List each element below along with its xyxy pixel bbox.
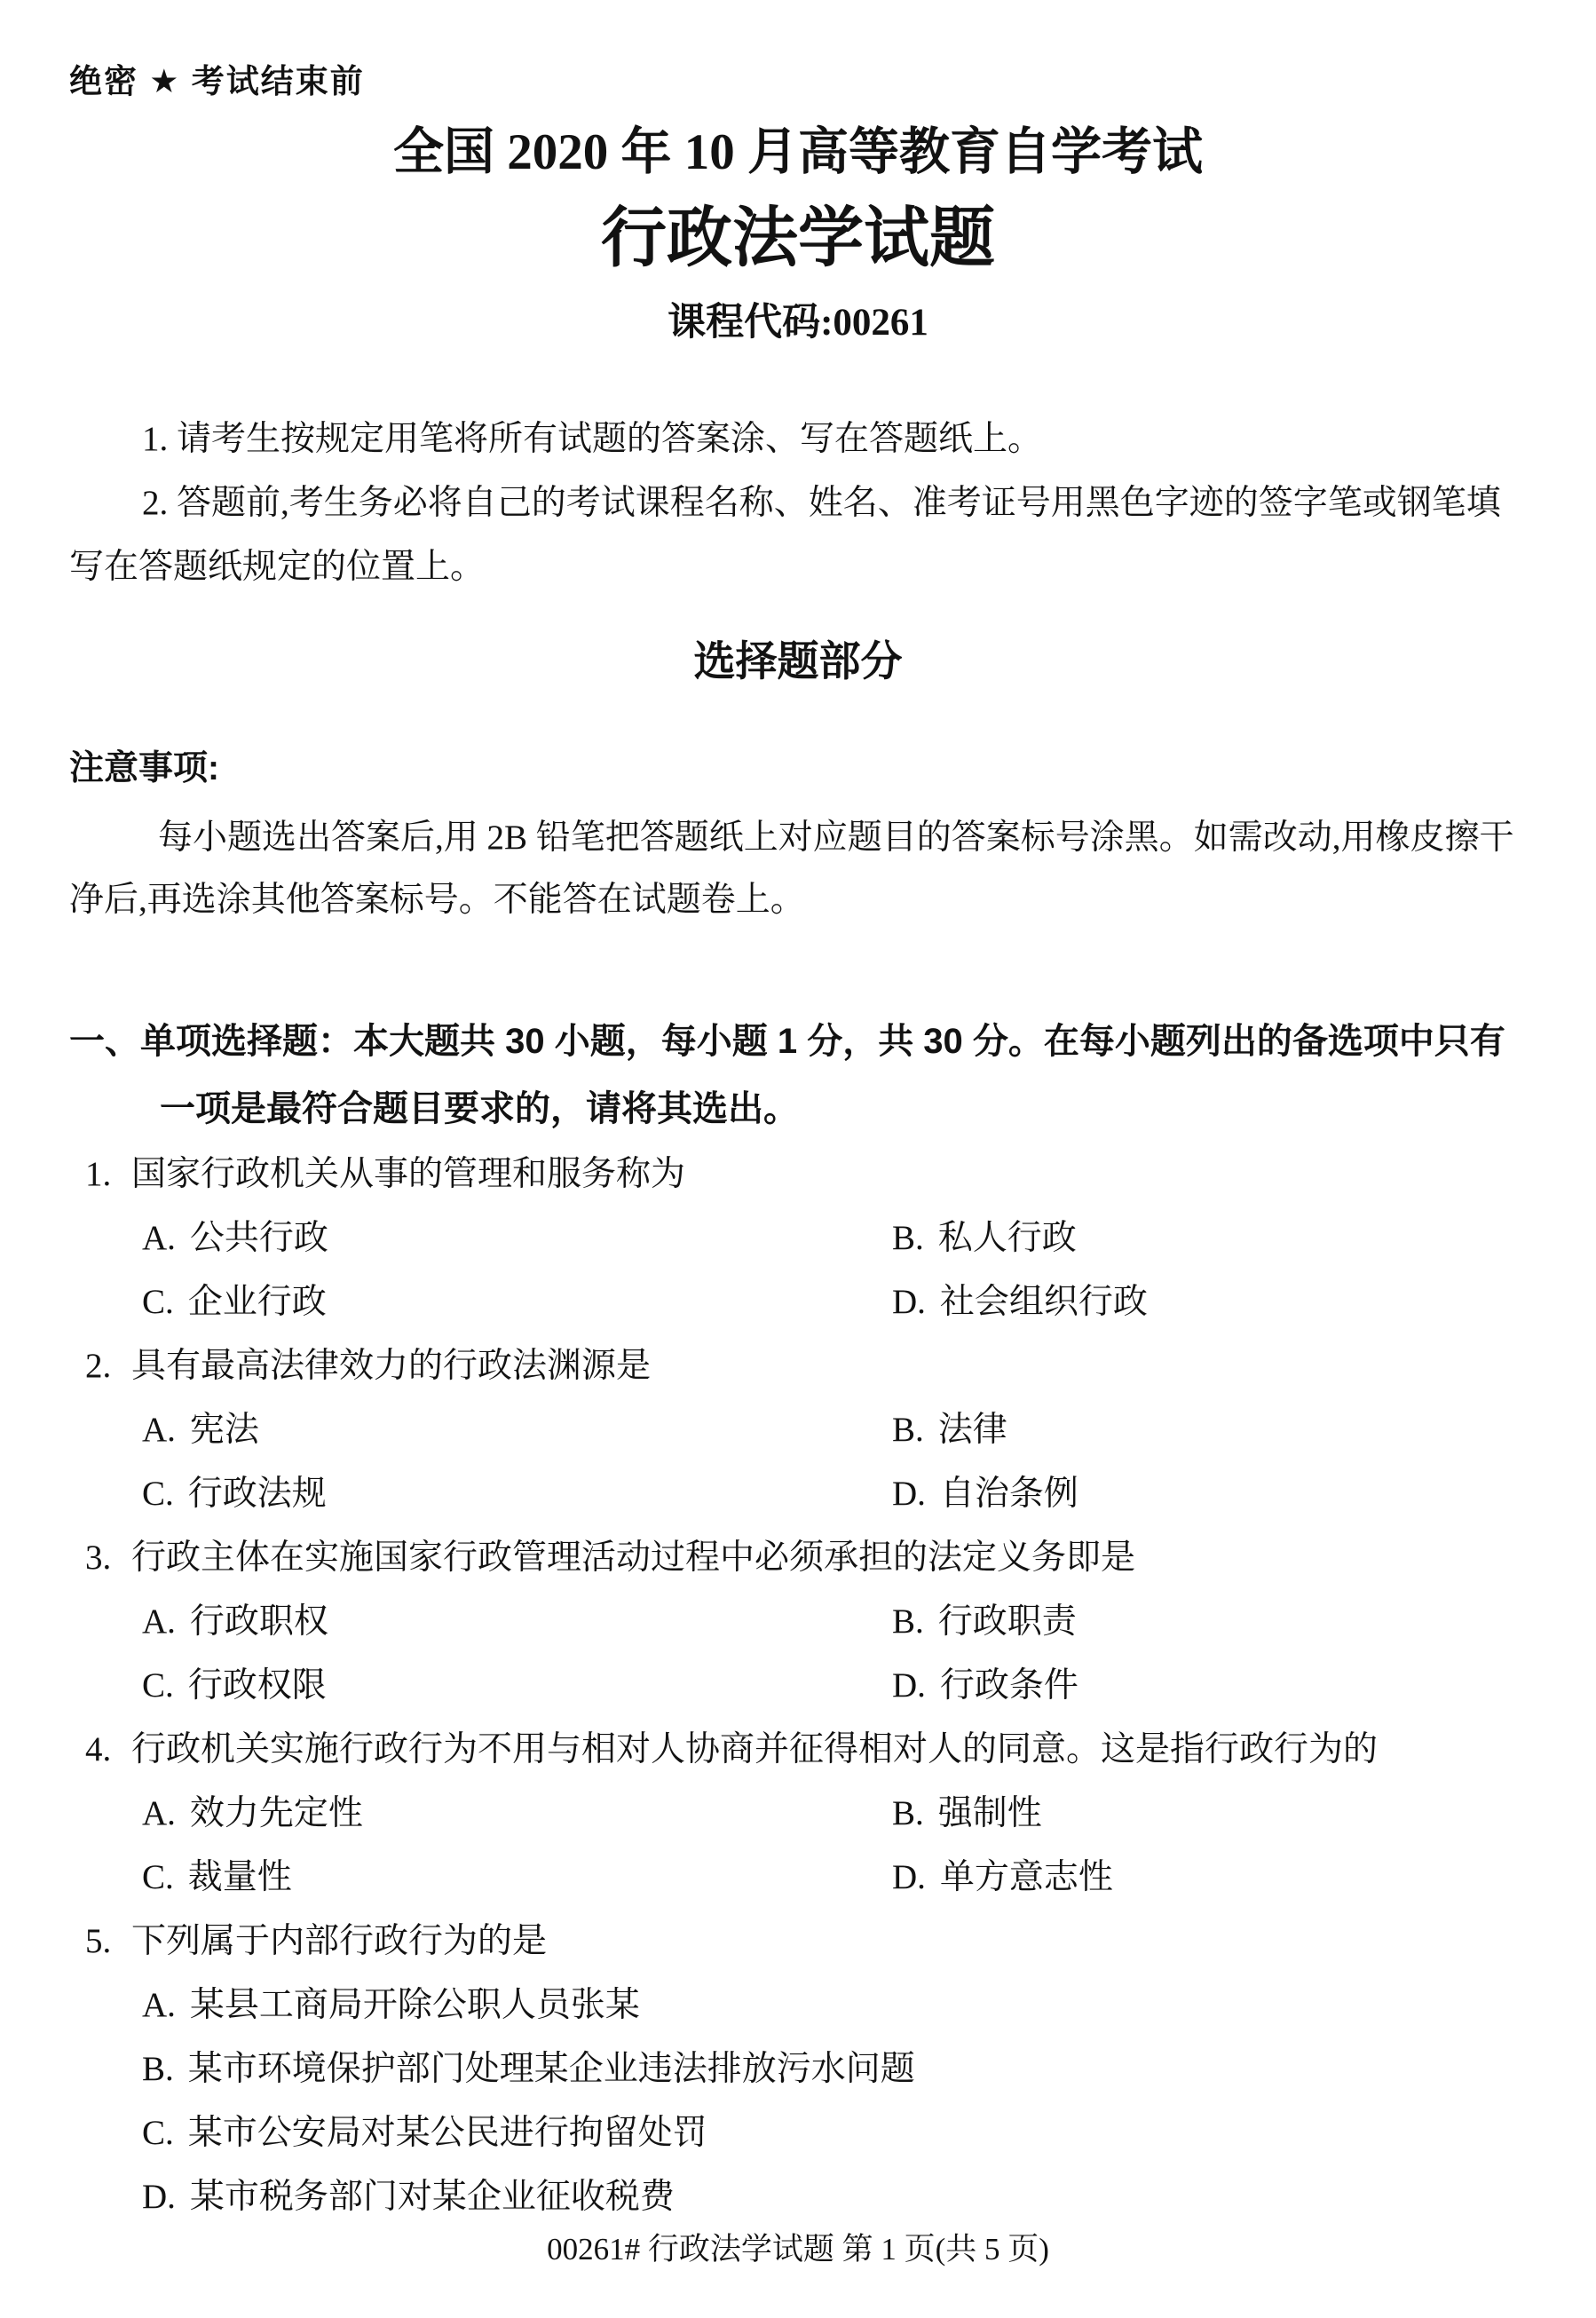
option-label: D. bbox=[892, 1666, 926, 1705]
question-body: 行政主体在实施国家行政管理活动过程中必须承担的法定义务即是 bbox=[131, 1539, 1135, 1577]
option-text: 某市公安局对某公民进行拘留处罚 bbox=[188, 2114, 707, 2152]
question-list: 1.国家行政机关从事的管理和服务称为 A.公共行政 B.私人行政 C.企业行政 … bbox=[69, 1143, 1527, 2229]
option-label: B. bbox=[892, 1602, 924, 1641]
question-text: 3.行政主体在实施国家行政管理活动过程中必须承担的法定义务即是 bbox=[69, 1526, 1527, 1590]
option-row: A.某县工商局开除公职人员张某 bbox=[69, 1974, 1527, 2037]
instruction-item-2: 2. 答题前,考生务必将自己的考试课程名称、姓名、准考证号用黑色字迹的签字笔或钢… bbox=[69, 471, 1527, 599]
question-5: 5.下列属于内部行政行为的是 A.某县工商局开除公职人员张某 B.某市环境保护部… bbox=[69, 1910, 1527, 2229]
option-text: 裁量性 bbox=[188, 1858, 292, 1896]
part-one-heading: 一、单项选择题：本大题共 30 小题，每小题 1 分，共 30 分。在每小题列出… bbox=[69, 1008, 1527, 1143]
option-label: A. bbox=[142, 1411, 176, 1449]
option-row: C.企业行政 D.社会组织行政 bbox=[69, 1270, 1527, 1334]
option-text: 行政职权 bbox=[190, 1602, 328, 1641]
option-a: A.效力先定性 bbox=[142, 1782, 892, 1846]
option-row: A.效力先定性 B.强制性 bbox=[69, 1782, 1527, 1846]
option-d: D.行政条件 bbox=[892, 1654, 1527, 1718]
option-a: A.宪法 bbox=[142, 1398, 892, 1462]
option-row: C.行政权限 D.行政条件 bbox=[69, 1654, 1527, 1718]
option-row: A.宪法 B.法律 bbox=[69, 1398, 1527, 1462]
option-b: B.私人行政 bbox=[892, 1206, 1527, 1270]
question-number: 3. bbox=[85, 1526, 124, 1590]
option-row: C.某市公安局对某公民进行拘留处罚 bbox=[69, 2101, 1527, 2165]
option-text: 某市税务部门对某企业征收税费 bbox=[190, 2178, 675, 2216]
option-label: A. bbox=[142, 1602, 176, 1641]
option-row: A.公共行政 B.私人行政 bbox=[69, 1206, 1527, 1270]
option-text: 单方意志性 bbox=[940, 1858, 1113, 1896]
option-row: A.行政职权 B.行政职责 bbox=[69, 1590, 1527, 1654]
question-number: 5. bbox=[85, 1910, 124, 1974]
option-text: 强制性 bbox=[938, 1794, 1042, 1832]
general-instructions: 1. 请考生按规定用笔将所有试题的答案涂、写在答题纸上。 2. 答题前,考生务必… bbox=[69, 407, 1527, 599]
option-d: D.社会组织行政 bbox=[892, 1270, 1527, 1334]
question-number: 1. bbox=[85, 1143, 124, 1206]
option-row: D.某市税务部门对某企业征收税费 bbox=[69, 2165, 1527, 2229]
option-text: 行政法规 bbox=[188, 1475, 327, 1513]
option-text: 行政职责 bbox=[938, 1602, 1077, 1641]
exam-title: 全国 2020 年 10 月高等教育自学考试 bbox=[69, 123, 1527, 183]
question-text: 1.国家行政机关从事的管理和服务称为 bbox=[69, 1143, 1527, 1206]
question-2: 2.具有最高法律效力的行政法渊源是 A.宪法 B.法律 C.行政法规 D.自治条… bbox=[69, 1334, 1527, 1526]
option-text: 公共行政 bbox=[190, 1219, 328, 1257]
option-label: D. bbox=[892, 1283, 926, 1321]
option-label: A. bbox=[142, 1219, 176, 1257]
option-label: C. bbox=[142, 1283, 174, 1321]
question-number: 4. bbox=[85, 1718, 124, 1782]
option-text: 某市环境保护部门处理某企业违法排放污水问题 bbox=[188, 2050, 915, 2088]
option-a: A.行政职权 bbox=[142, 1590, 892, 1654]
option-row: C.裁量性 D.单方意志性 bbox=[69, 1846, 1527, 1910]
option-label: A. bbox=[142, 1794, 176, 1832]
question-text: 2.具有最高法律效力的行政法渊源是 bbox=[69, 1334, 1527, 1398]
question-text: 5.下列属于内部行政行为的是 bbox=[69, 1910, 1527, 1974]
option-text: 企业行政 bbox=[188, 1283, 327, 1321]
question-4: 4.行政机关实施行政行为不用与相对人协商并征得相对人的同意。这是指行政行为的 A… bbox=[69, 1718, 1527, 1910]
classification-banner: 绝密 ★ 考试结束前 bbox=[69, 62, 1527, 101]
option-label: D. bbox=[892, 1858, 926, 1896]
option-text: 法律 bbox=[938, 1411, 1007, 1449]
option-c: C.行政法规 bbox=[142, 1462, 892, 1526]
option-c: C.裁量性 bbox=[142, 1846, 892, 1910]
notice-body: 每小题选出答案后,用 2B 铅笔把答题纸上对应题目的答案标号涂黑。如需改动,用橡… bbox=[69, 807, 1527, 931]
option-text: 行政权限 bbox=[188, 1666, 327, 1705]
instruction-item-1: 1. 请考生按规定用笔将所有试题的答案涂、写在答题纸上。 bbox=[69, 407, 1527, 471]
option-text: 效力先定性 bbox=[190, 1794, 363, 1832]
option-label: C. bbox=[142, 1666, 174, 1705]
option-text: 自治条例 bbox=[940, 1475, 1078, 1513]
option-label: A. bbox=[142, 1986, 176, 2024]
option-label: B. bbox=[892, 1794, 924, 1832]
option-c: C.某市公安局对某公民进行拘留处罚 bbox=[142, 2101, 707, 2165]
question-text: 4.行政机关实施行政行为不用与相对人协商并征得相对人的同意。这是指行政行为的 bbox=[69, 1718, 1527, 1782]
option-text: 行政条件 bbox=[940, 1666, 1078, 1705]
option-b: B.行政职责 bbox=[892, 1590, 1527, 1654]
course-code: 课程代码:00261 bbox=[69, 300, 1527, 346]
option-text: 社会组织行政 bbox=[940, 1283, 1148, 1321]
option-label: B. bbox=[892, 1219, 924, 1257]
option-b: B.强制性 bbox=[892, 1782, 1527, 1846]
question-number: 2. bbox=[85, 1334, 124, 1398]
option-text: 某县工商局开除公职人员张某 bbox=[190, 1986, 640, 2024]
option-d: D.自治条例 bbox=[892, 1462, 1527, 1526]
option-b: B.某市环境保护部门处理某企业违法排放污水问题 bbox=[142, 2037, 915, 2101]
option-label: D. bbox=[892, 1475, 926, 1513]
question-body: 具有最高法律效力的行政法渊源是 bbox=[131, 1347, 651, 1385]
section-title: 选择题部分 bbox=[69, 637, 1527, 686]
option-row: C.行政法规 D.自治条例 bbox=[69, 1462, 1527, 1526]
option-label: C. bbox=[142, 1858, 174, 1896]
notice-heading: 注意事项: bbox=[69, 748, 1527, 789]
option-label: B. bbox=[892, 1411, 924, 1449]
option-c: C.企业行政 bbox=[142, 1270, 892, 1334]
option-a: A.公共行政 bbox=[142, 1206, 892, 1270]
option-label: D. bbox=[142, 2178, 176, 2216]
option-label: C. bbox=[142, 1475, 174, 1513]
option-label: B. bbox=[142, 2050, 174, 2088]
option-text: 私人行政 bbox=[938, 1219, 1077, 1257]
option-b: B.法律 bbox=[892, 1398, 1527, 1462]
option-a: A.某县工商局开除公职人员张某 bbox=[142, 1974, 640, 2037]
option-d: D.某市税务部门对某企业征收税费 bbox=[142, 2165, 675, 2229]
exam-subtitle: 行政法学试题 bbox=[69, 200, 1527, 279]
page-footer: 00261# 行政法学试题 第 1 页(共 5 页) bbox=[0, 2230, 1596, 2269]
option-label: C. bbox=[142, 2114, 174, 2152]
question-3: 3.行政主体在实施国家行政管理活动过程中必须承担的法定义务即是 A.行政职权 B… bbox=[69, 1526, 1527, 1718]
option-text: 宪法 bbox=[190, 1411, 259, 1449]
option-c: C.行政权限 bbox=[142, 1654, 892, 1718]
question-body: 国家行政机关从事的管理和服务称为 bbox=[131, 1155, 685, 1193]
question-body: 行政机关实施行政行为不用与相对人协商并征得相对人的同意。这是指行政行为的 bbox=[131, 1730, 1378, 1768]
question-1: 1.国家行政机关从事的管理和服务称为 A.公共行政 B.私人行政 C.企业行政 … bbox=[69, 1143, 1527, 1334]
option-row: B.某市环境保护部门处理某企业违法排放污水问题 bbox=[69, 2037, 1527, 2101]
exam-page: 绝密 ★ 考试结束前 全国 2020 年 10 月高等教育自学考试 行政法学试题… bbox=[0, 0, 1596, 2318]
option-d: D.单方意志性 bbox=[892, 1846, 1527, 1910]
question-body: 下列属于内部行政行为的是 bbox=[131, 1922, 547, 1960]
